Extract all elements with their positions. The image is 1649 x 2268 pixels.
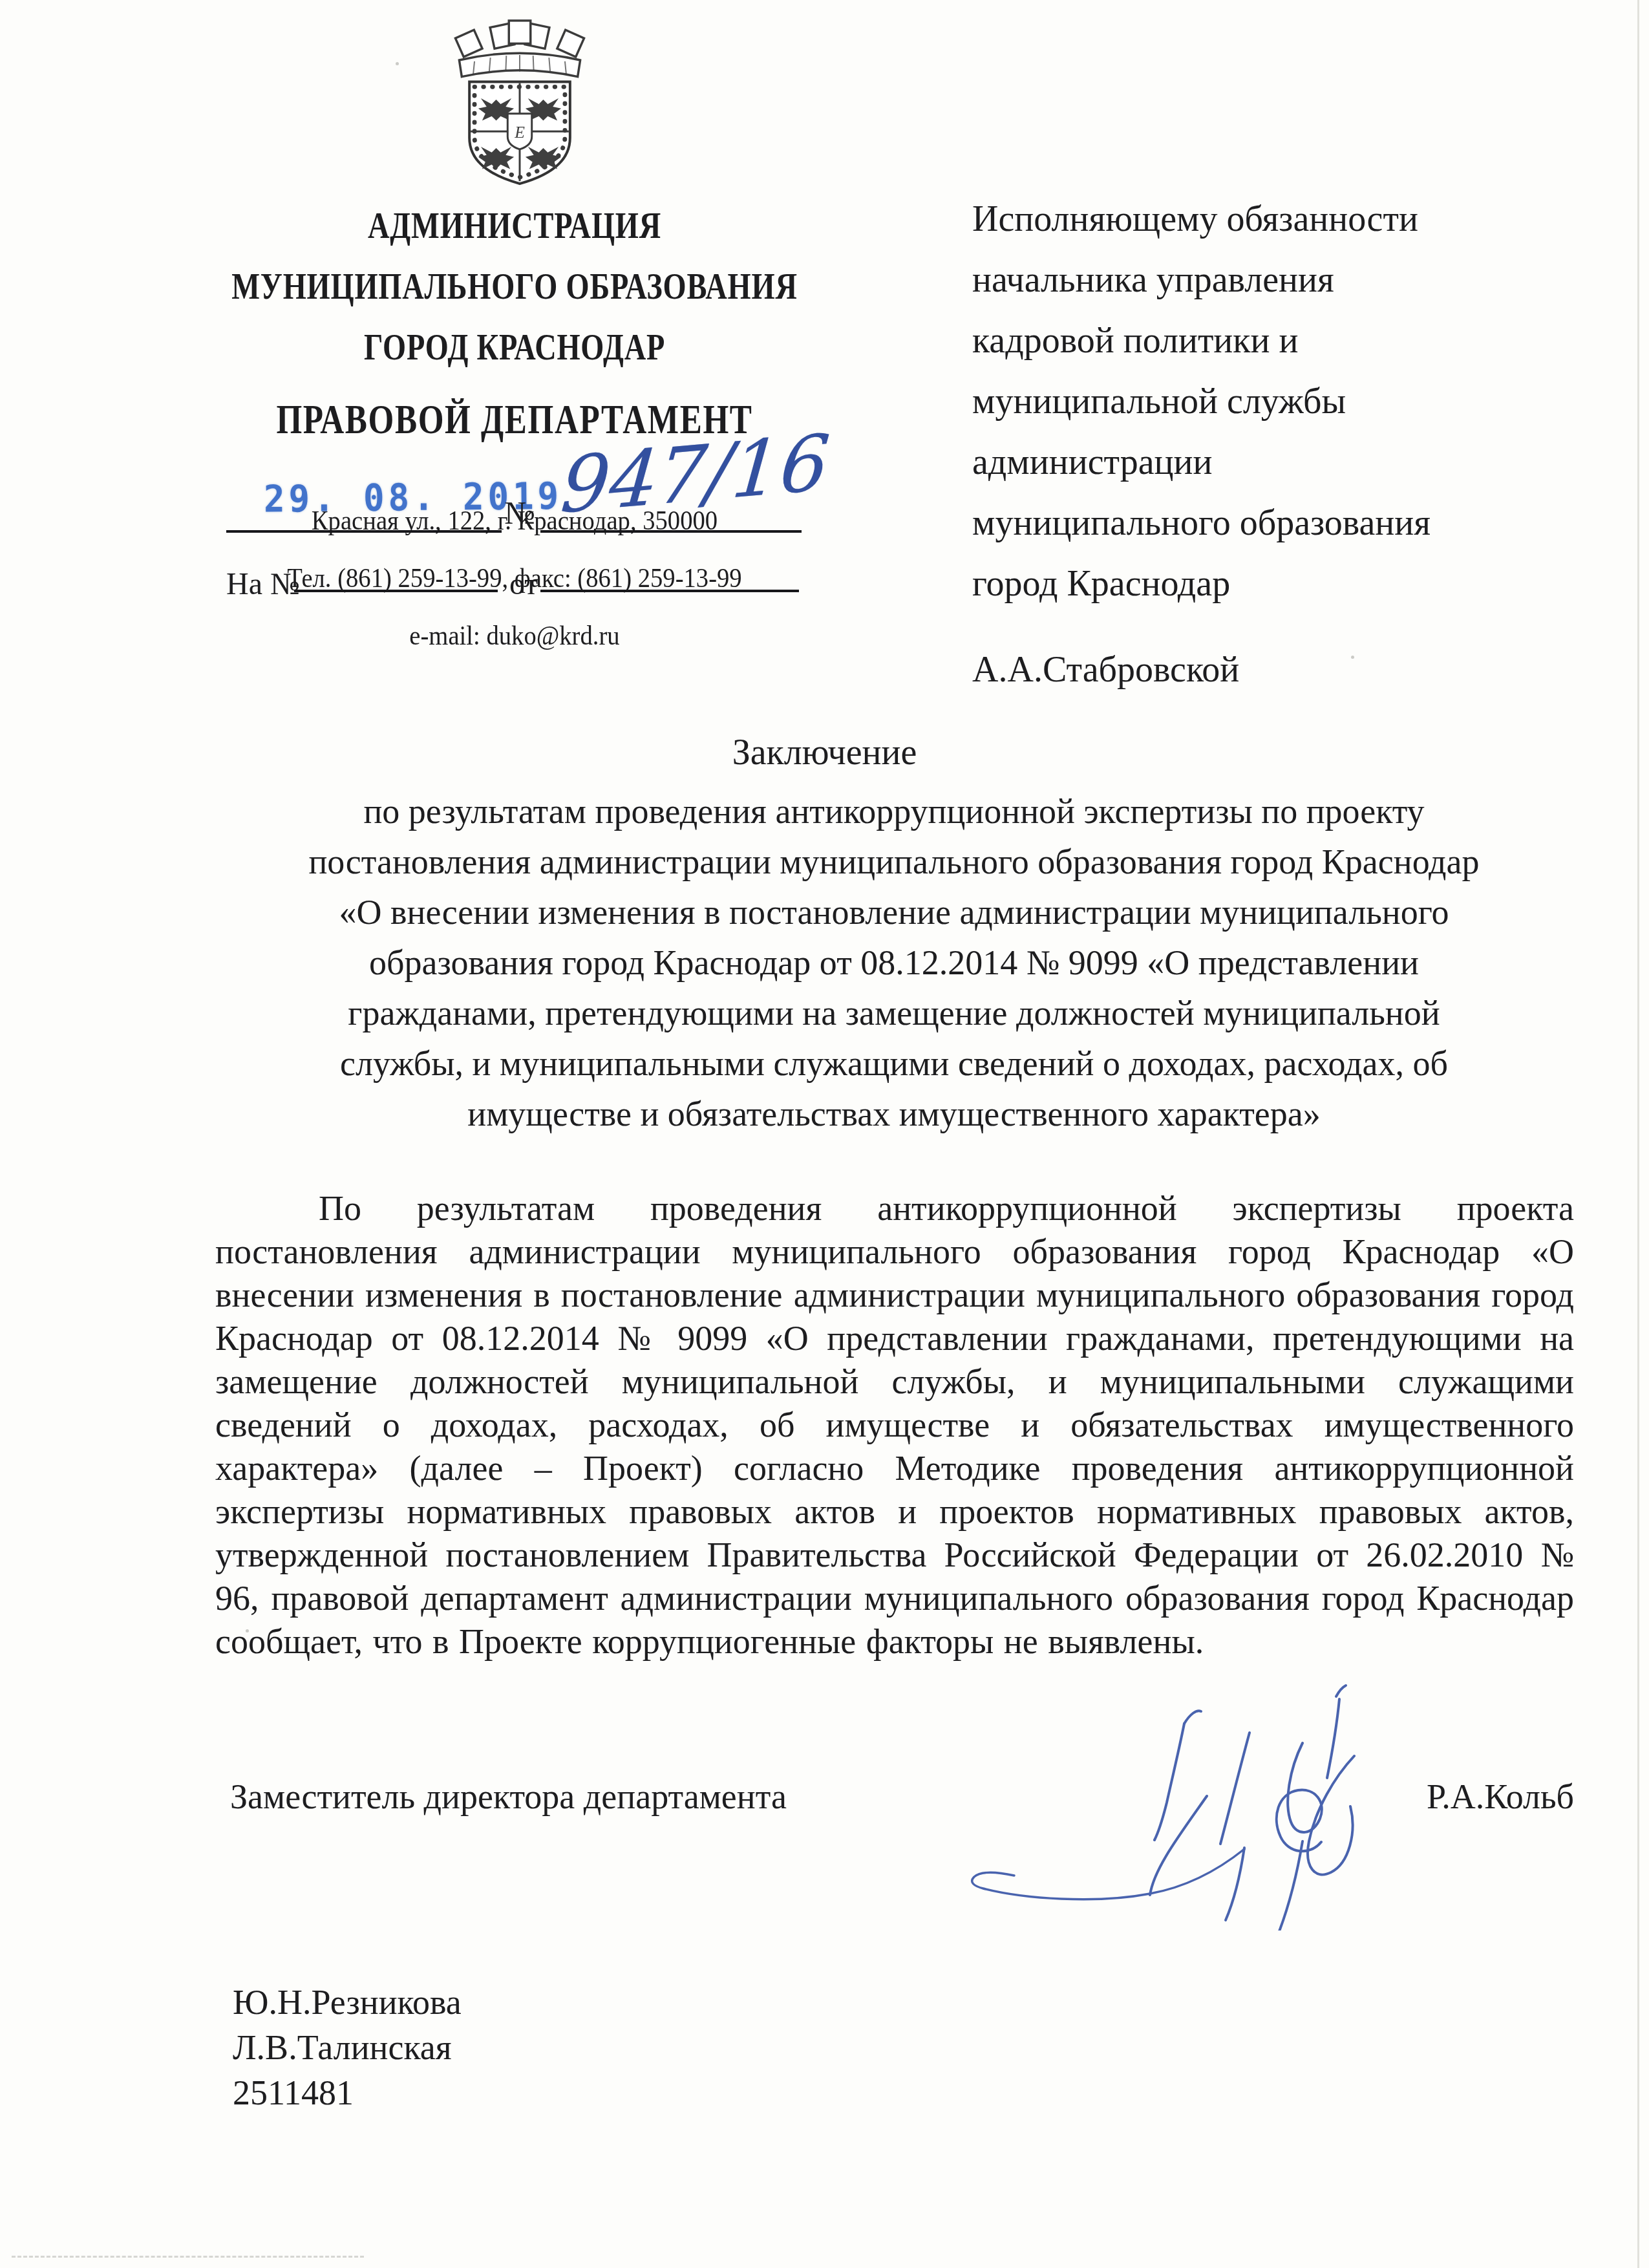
- number-sign-label: №: [504, 494, 535, 531]
- recipient-name: А.А.Стабровской: [972, 649, 1239, 690]
- document-subject: по результатам проведения антикоррупцион…: [213, 786, 1575, 1139]
- scan-edge-artifact: [1637, 0, 1639, 2268]
- date-underline: [226, 530, 502, 533]
- body-paragraph: По результатам проведения антикоррупцион…: [215, 1187, 1574, 1664]
- reply-date-label: от: [509, 566, 538, 602]
- document-title: Заключение: [0, 732, 1649, 773]
- signature-scribble: [941, 1678, 1399, 1931]
- addressee-block: Исполняющему обязанности начальника упра…: [972, 189, 1619, 614]
- reply-number-underline: [294, 590, 498, 592]
- org-name: АДМИНИСТРАЦИЯ МУНИЦИПАЛЬНОГО ОБРАЗОВАНИЯ…: [230, 195, 799, 378]
- scanned-letter-page: Е АДМИНИСТРАЦИЯ МУНИЦИПАЛЬНОГО ОБРАЗОВАН…: [0, 0, 1649, 2268]
- reply-date-underline: [540, 590, 799, 592]
- scan-speck: [1351, 656, 1354, 659]
- scan-speck: [396, 62, 399, 65]
- scan-noise-line: [12, 2256, 364, 2258]
- executors-block: Ю.Н.Резникова Л.В.Талинская 2511481: [233, 1980, 462, 2115]
- signer-name: Р.А.Кольб: [1427, 1777, 1574, 1817]
- reply-number-label: На №: [226, 566, 300, 602]
- signer-position-title: Заместитель директора департамента: [230, 1777, 787, 1817]
- krasnodar-coat-of-arms-icon: Е: [440, 17, 600, 189]
- svg-text:Е: Е: [514, 123, 525, 142]
- number-underline: [540, 530, 802, 533]
- scan-speck: [246, 1629, 249, 1632]
